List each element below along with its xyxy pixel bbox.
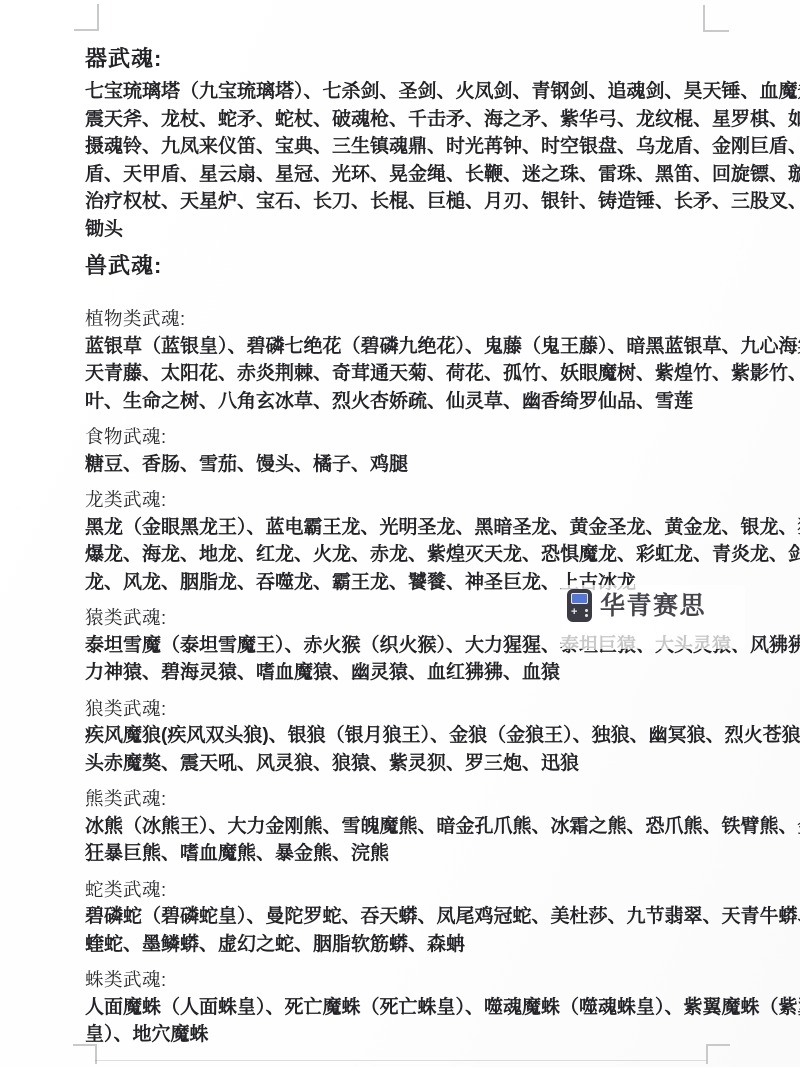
crop-mark-top-left (74, 4, 99, 31)
text-line: 狂暴巨熊、嗜血魔熊、暴金熊、浣熊 (85, 840, 719, 868)
category-label: 食物武魂: (85, 423, 719, 451)
category-label: 蛇类武魂: (85, 876, 719, 904)
text-line: 震天斧、龙杖、蛇矛、蛇杖、破魂枪、千击矛、海之矛、紫华弓、龙纹棍、星罗棋、如意盘… (85, 106, 719, 134)
category-label: 熊类武魂: (85, 785, 719, 813)
weapon-souls-list: 七宝琉璃塔（九宝琉璃塔）、七杀剑、圣剑、火凤剑、青钢剑、追魂剑、昊天锤、血魔斧、… (85, 78, 719, 243)
document-content: 器武魂: 七宝琉璃塔（九宝琉璃塔）、七杀剑、圣剑、火凤剑、青钢剑、追魂剑、昊天锤… (85, 44, 719, 1049)
page-bottom-rule (95, 1060, 706, 1061)
text-line: 人面魔蛛（人面蛛皇）、死亡魔蛛（死亡蛛皇）、噬魂魔蛛（噬魂蛛皇）、紫翼魔蛛（紫翼… (85, 994, 719, 1022)
category-section: 龙类武魂:黑龙（金眼黑龙王）、蓝电霸王龙、光明圣龙、黑暗圣龙、黄金圣龙、黄金龙、… (85, 486, 719, 596)
watermark: + 华青赛思 (561, 585, 745, 649)
text-line: 七宝琉璃塔（九宝琉璃塔）、七杀剑、圣剑、火凤剑、青钢剑、追魂剑、昊天锤、血魔斧、 (85, 78, 719, 106)
category-label: 植物类武魂: (85, 305, 719, 333)
text-line: 摄魂铃、九凤来仪笛、宝典、三生镇魂鼎、时光苒钟、时空银盘、乌龙盾、金刚巨盾、灵犀 (85, 133, 719, 161)
beast-soul-categories: 植物类武魂:蓝银草（蓝银皇）、碧磷七绝花（碧磷九绝花）、鬼藤（鬼王藤）、暗黑蓝银… (85, 305, 719, 1049)
text-line: 盾、天甲盾、星云扇、星冠、光环、晃金绳、长鞭、迷之珠、雷珠、黑笛、回旋镖、璇玑伞… (85, 161, 719, 189)
watermark-text: 华青赛思 (600, 589, 706, 623)
category-label: 龙类武魂: (85, 486, 719, 514)
weapon-souls-heading: 器武魂: (85, 44, 719, 74)
category-section: 植物类武魂:蓝银草（蓝银皇）、碧磷七绝花（碧磷九绝花）、鬼藤（鬼王藤）、暗黑蓝银… (85, 305, 719, 415)
category-label: 蛛类武魂: (85, 966, 719, 994)
category-section: 蛛类武魂:人面魔蛛（人面蛛皇）、死亡魔蛛（死亡蛛皇）、噬魂魔蛛（噬魂蛛皇）、紫翼… (85, 966, 719, 1049)
text-line: 爆龙、海龙、地龙、红龙、火龙、赤龙、紫煌灭天龙、恐惧魔龙、彩虹龙、青炎龙、剑齿地 (85, 541, 719, 569)
text-line: 碧磷蛇（碧磷蛇皇）、曼陀罗蛇、吞天蟒、凤尾鸡冠蛇、美杜莎、九节翡翠、天青牛蟒、海 (85, 903, 719, 931)
text-line: 治疗权杖、天星炉、宝石、长刀、长棍、巨槌、月刃、银针、铸造锤、长矛、三股叉、镰刀… (85, 188, 719, 216)
text-line: 头赤魔獒、震天吼、风灵狼、狼猿、紫灵狈、罗三炮、迅狼 (85, 750, 719, 778)
document-page: 器武魂: 七宝琉璃塔（九宝琉璃塔）、七杀剑、圣剑、火凤剑、青钢剑、追魂剑、昊天锤… (0, 0, 800, 1067)
category-section: 熊类武魂:冰熊（冰熊王）、大力金刚熊、雪魄魔熊、暗金孔爪熊、冰霜之熊、恐爪熊、铁… (85, 785, 719, 868)
category-label: 狼类武魂: (85, 695, 719, 723)
text-line: 力神猿、碧海灵猿、嗜血魔猿、幽灵猿、血红狒狒、血猿 (85, 659, 719, 687)
text-line: 蝰蛇、墨鳞蟒、虚幻之蛇、胭脂软筋蟒、森蚺 (85, 931, 719, 959)
text-line: 锄头 (85, 216, 719, 244)
text-line: 黑龙（金眼黑龙王）、蓝电霸王龙、光明圣龙、黑暗圣龙、黄金圣龙、黄金龙、银龙、独角 (85, 514, 719, 542)
text-line: 冰熊（冰熊王）、大力金刚熊、雪魄魔熊、暗金孔爪熊、冰霜之熊、恐爪熊、铁臂熊、金熊… (85, 813, 719, 841)
category-section: 狼类武魂:疾风魔狼(疾风双头狼)、银狼（银月狼王）、金狼（金狼王）、独狼、幽冥狼… (85, 695, 719, 778)
text-line: 糖豆、香肠、雪茄、馒头、橘子、鸡腿 (85, 451, 719, 479)
text-line: 蓝银草（蓝银皇）、碧磷七绝花（碧磷九绝花）、鬼藤（鬼王藤）、暗黑蓝银草、九心海棠… (85, 333, 719, 361)
category-section: 蛇类武魂:碧磷蛇（碧磷蛇皇）、曼陀罗蛇、吞天蟒、凤尾鸡冠蛇、美杜莎、九节翡翠、天… (85, 876, 719, 959)
crop-mark-top-right (703, 5, 729, 32)
beast-souls-heading: 兽武魂: (85, 251, 719, 281)
text-line: 天青藤、太阳花、赤炎荆棘、奇茸通天菊、荷花、孤竹、妖眼魔树、紫煌竹、紫影竹、黄金 (85, 360, 719, 388)
text-line: 叶、生命之树、八角玄冰草、烈火杏娇疏、仙灵草、幽香绮罗仙品、雪莲 (85, 388, 719, 416)
text-line: 疾风魔狼(疾风双头狼)、银狼（银月狼王）、金狼（金狼王）、独狼、幽冥狼、烈火苍狼… (85, 722, 719, 750)
handheld-game-console-icon: + (567, 589, 592, 622)
text-line: 皇）、地穴魔蛛 (85, 1021, 719, 1049)
category-section: 食物武魂:糖豆、香肠、雪茄、馒头、橘子、鸡腿 (85, 423, 719, 478)
